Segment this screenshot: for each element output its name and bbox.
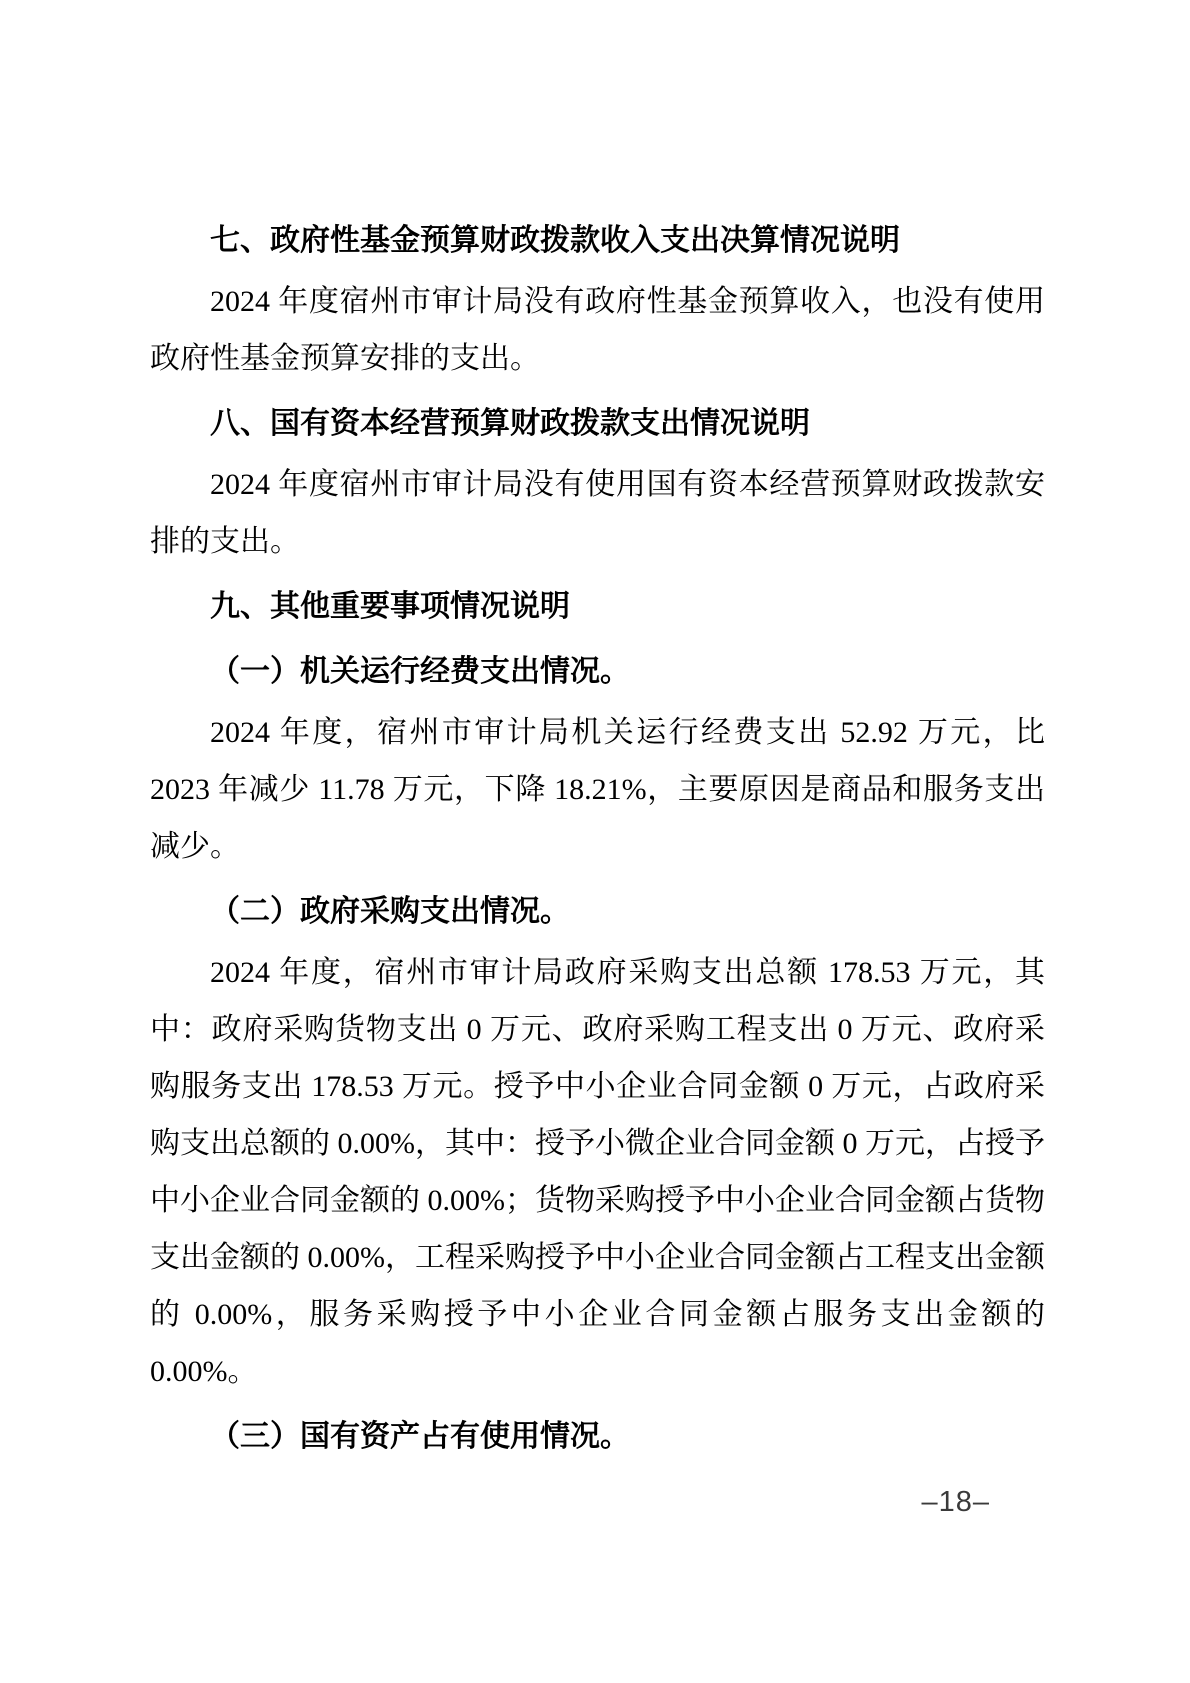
document-page: 七、政府性基金预算财政拨款收入支出决算情况说明 2024 年度宿州市审计局没有政…: [0, 0, 1190, 1683]
subsection-heading-operating-expenses: （一）机关运行经费支出情况。: [150, 643, 1045, 700]
paragraph-operating-expenses: 2024 年度，宿州市审计局机关运行经费支出 52.92 万元，比 2023 年…: [150, 704, 1045, 875]
paragraph-gov-fund-budget: 2024 年度宿州市审计局没有政府性基金预算收入，也没有使用政府性基金预算安排的…: [150, 273, 1045, 387]
paragraph-state-capital-budget: 2024 年度宿州市审计局没有使用国有资本经营预算财政拨款安排的支出。: [150, 456, 1045, 570]
page-number: –18–: [921, 1486, 990, 1519]
subsection-heading-gov-procurement: （二）政府采购支出情况。: [150, 883, 1045, 940]
section-heading-state-capital-budget: 八、国有资本经营预算财政拨款支出情况说明: [150, 395, 1045, 452]
section-heading-gov-fund-budget: 七、政府性基金预算财政拨款收入支出决算情况说明: [150, 212, 1045, 269]
section-heading-other-important-matters: 九、其他重要事项情况说明: [150, 578, 1045, 635]
subsection-heading-state-assets: （三）国有资产占有使用情况。: [150, 1408, 1045, 1465]
document-content: 七、政府性基金预算财政拨款收入支出决算情况说明 2024 年度宿州市审计局没有政…: [150, 204, 1045, 1469]
paragraph-gov-procurement: 2024 年度，宿州市审计局政府采购支出总额 178.53 万元，其中：政府采购…: [150, 944, 1045, 1400]
